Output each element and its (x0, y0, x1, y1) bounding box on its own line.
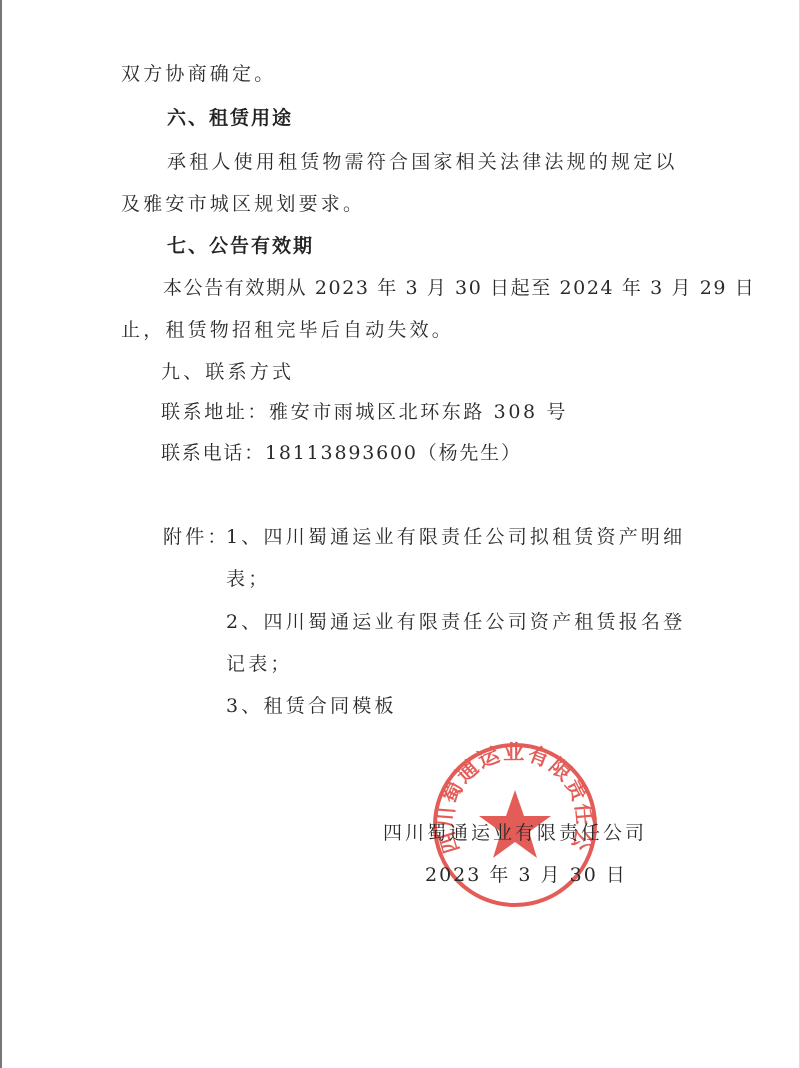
section-heading-contact: 九、联系方式 (161, 360, 294, 384)
body-text-line: 止，租赁物招租完毕后自动失效。 (121, 318, 454, 342)
attachments-label: 附件： (163, 525, 230, 549)
attachment-item-2: 2、四川蜀通运业有限责任公司资产租赁报名登 (226, 610, 685, 634)
contact-phone: 联系电话：18113893600（杨先生） (161, 441, 522, 465)
contact-address: 联系地址：雅安市雨城区北环东路 308 号 (161, 400, 568, 424)
body-text-line: 本公告有效期从 2023 年 3 月 30 日起至 2024 年 3 月 29 … (163, 276, 755, 300)
signature-company: 四川蜀通运业有限责任公司 (383, 818, 647, 845)
body-text-line: 及雅安市城区规划要求。 (121, 192, 365, 216)
attachment-item-2-cont: 记表； (226, 652, 293, 676)
attachment-item-1: 1、四川蜀通运业有限责任公司拟租赁资产明细 (226, 525, 685, 549)
section-heading-validity: 七、公告有效期 (167, 234, 314, 258)
page-left-border (0, 0, 2, 1068)
body-text-line: 承租人使用租赁物需符合国家相关法律法规的规定以 (167, 150, 678, 174)
signature-date: 2023 年 3 月 30 日 (425, 860, 627, 887)
body-text-line: 双方协商确定。 (121, 62, 276, 86)
section-heading-lease-purpose: 六、租赁用途 (167, 106, 293, 130)
attachment-item-3: 3、租赁合同模板 (226, 694, 397, 718)
attachment-item-1-cont: 表； (226, 567, 270, 591)
